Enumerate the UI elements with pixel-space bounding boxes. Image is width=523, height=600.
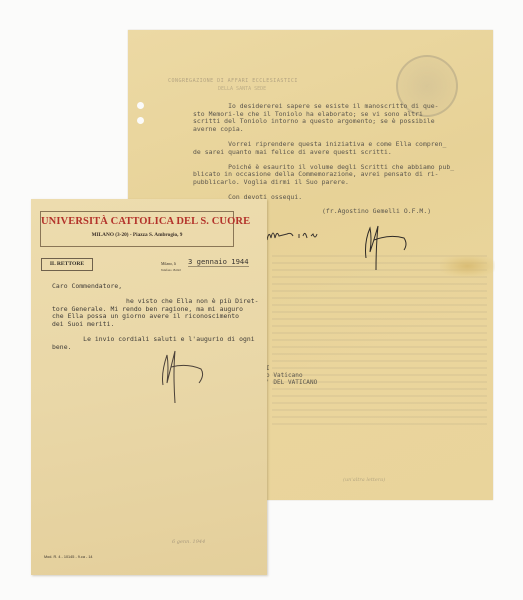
gemelli-signature [360,222,420,272]
text-line: Le invio cordiali saluti e l'augurio di … [52,336,259,344]
pencil-note: 6 genn. 1944 [172,539,205,545]
front-letter [31,199,267,575]
text-line: dei Suoi meriti. [52,321,259,329]
front-letter-body: Caro Commendatore, he visto che Ella non… [52,283,259,351]
phone-label: Telefono 18-622 [161,268,181,272]
faint-letterhead: CONGREGAZIONE DI AFFARI ECCLESIASTICI [168,78,298,84]
back-letter-body: Io desidererei sapere se esiste il manos… [193,103,454,202]
form-code: Mod. R. 4 - 10145 - 9.ca - 14 [44,555,93,559]
text-line: pubblicarlo. Voglia dirmi il Suo parere. [193,179,454,187]
institution-address: MILANO (3-20) - Piazza S. Ambrogio, 9 [41,232,233,238]
place-label: Milano, li [161,262,176,266]
text-line: o Vaticano [266,372,317,379]
handwritten-note [265,220,325,250]
text-line: Caro Commendatore, [52,283,259,291]
rector-signature [155,345,225,405]
institution-name: UNIVERSITÀ CATTOLICA DEL S. CUORE [41,216,233,227]
letterhead-box: UNIVERSITÀ CATTOLICA DEL S. CUORE MILANO… [40,211,234,247]
letter-date: 3 gennaio 1944 [188,257,249,267]
text-line: I [266,365,317,372]
show-through-text [272,250,487,430]
paper-stain [440,255,495,277]
address-fragment: Io Vaticano' DEL VATICANO [266,365,317,386]
pencil-mark: (un'altra lettera) [343,477,385,483]
punch-hole [137,117,144,124]
text-line: averne copia. [193,126,454,134]
office-label: IL RETTORE [41,258,93,271]
text-line: de sarei quanto mai felice di avere ques… [193,149,454,157]
faint-letterhead-2: DELLA SANTA SEDE [218,86,266,92]
text-line: ' DEL VATICANO [266,379,317,386]
punch-hole [137,102,144,109]
typed-signature: (fr.Agostino Gemelli O.F.M.) [322,208,431,216]
